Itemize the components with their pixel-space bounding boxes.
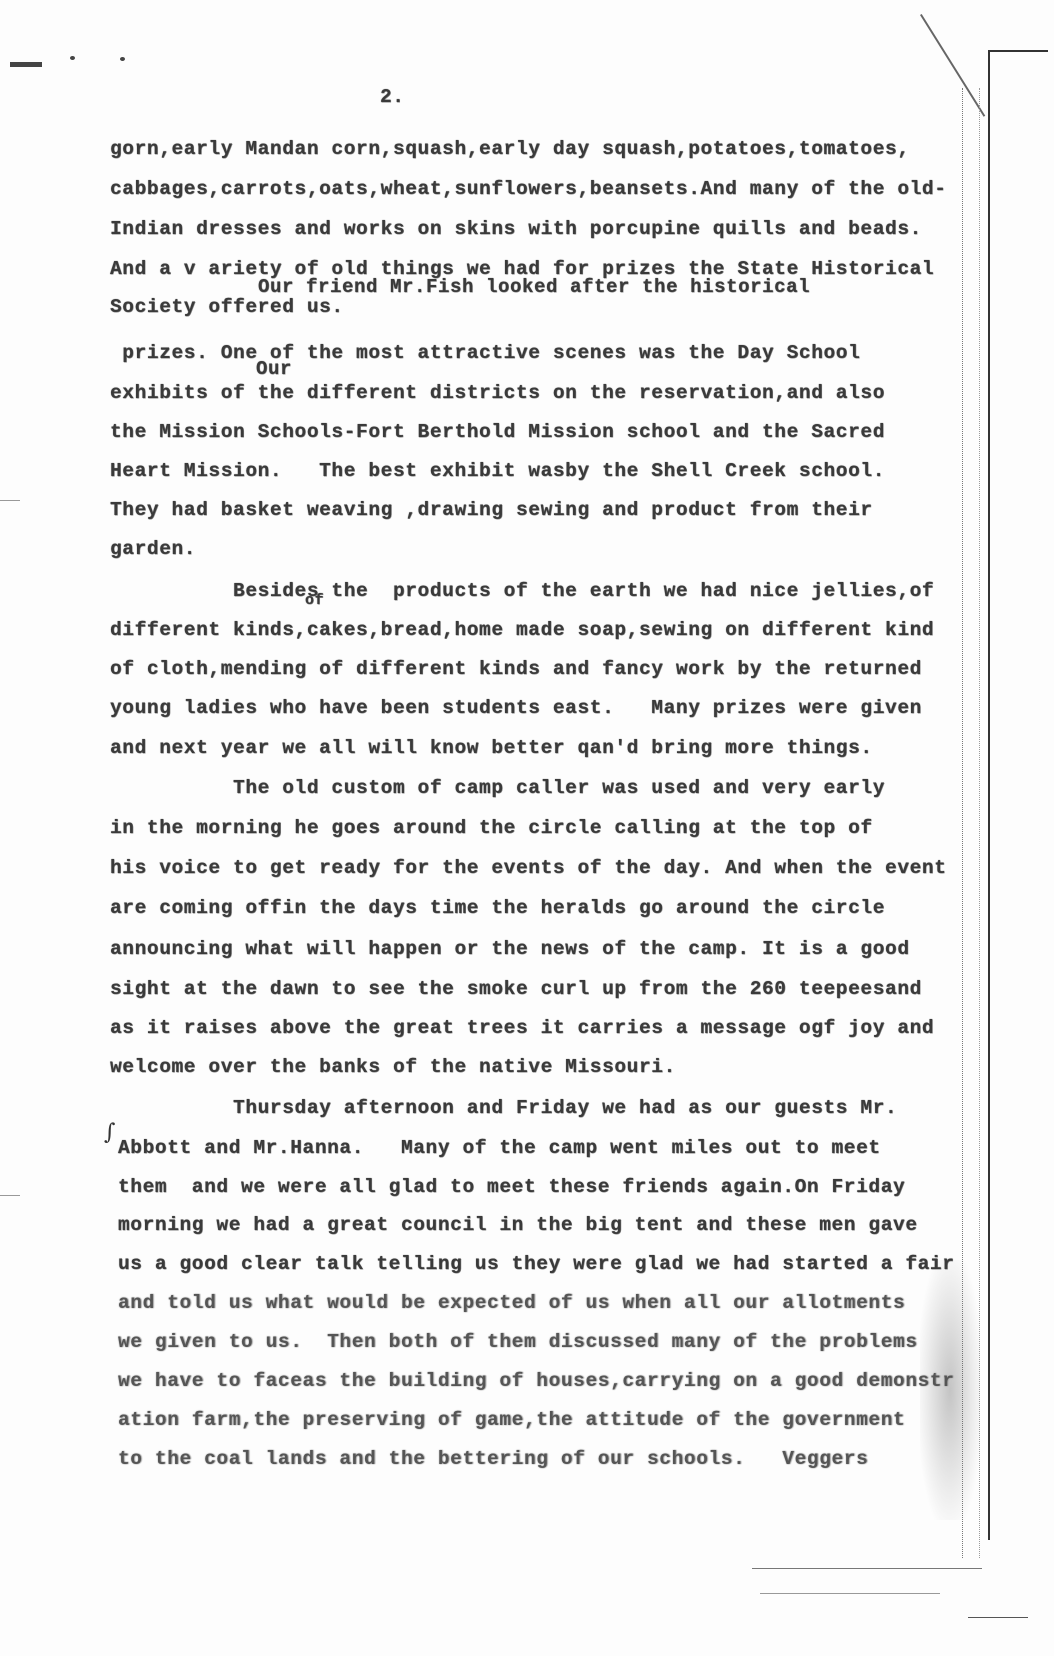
scan-artifact-rule [0, 500, 20, 501]
text-line: Heart Mission. The best exhibit wasby th… [110, 460, 885, 482]
text-line: the Mission Schools-Fort Berthold Missio… [110, 421, 885, 443]
text-line: exhibits of the different districts on t… [110, 382, 885, 404]
text-line: different kinds,cakes,bread,home made so… [110, 619, 934, 641]
text-line: Thursday afternoon and Friday we had as … [110, 1097, 897, 1119]
page-border-top [988, 50, 1048, 52]
text-line: as it raises above the great trees it ca… [110, 1017, 934, 1039]
interlinear-insert: Our [256, 358, 292, 380]
text-line: sight at the dawn to see the smoke curl … [110, 978, 922, 1000]
margin-handwritten-mark: ∫ [104, 1120, 115, 1145]
text-line: prizes. One of the most attractive scene… [110, 342, 860, 364]
text-line: his voice to get ready for the events of… [110, 857, 947, 879]
scan-artifact-dot [70, 56, 75, 60]
page-border-right [988, 50, 990, 1540]
interlinear-insert: of [305, 592, 324, 609]
text-line: Indian dresses and works on skins with p… [110, 218, 922, 240]
text-line: announcing what will happen or the news … [110, 938, 910, 960]
text-line: young ladies who have been students east… [110, 697, 922, 719]
scan-artifact-mark [10, 62, 42, 67]
text-line: The old custom of camp caller was used a… [110, 777, 885, 799]
scan-artifact-line [752, 1568, 982, 1569]
text-line: Abbott and Mr.Hanna. Many of the camp we… [118, 1137, 881, 1159]
text-line: welcome over the banks of the native Mis… [110, 1056, 676, 1078]
text-line: we have to faceas the building of houses… [118, 1370, 955, 1392]
text-line: them and we were all glad to meet these … [118, 1176, 905, 1198]
text-line: in the morning he goes around the circle… [110, 817, 873, 839]
interlinear-insert: Our friend Mr.Fish looked after the hist… [258, 276, 810, 298]
text-line: They had basket weaving ,drawing sewing … [110, 499, 873, 521]
scan-artifact-line [968, 1617, 1028, 1618]
text-line: morning we had a great council in the bi… [118, 1214, 918, 1236]
text-line: Society offered us. [110, 296, 344, 318]
scan-artifact-dot [120, 57, 125, 61]
scan-artifact-line [760, 1593, 940, 1594]
text-line: ation farm,the preserving of game,the at… [118, 1409, 905, 1431]
text-line: garden. [110, 538, 196, 560]
text-line: are coming offin the days time the heral… [110, 897, 885, 919]
text-line: of cloth,mending of different kinds and … [110, 658, 922, 680]
text-line: and told us what would be expected of us… [118, 1292, 905, 1314]
text-line: cabbages,carrots,oats,wheat,sunflowers,b… [110, 178, 947, 200]
text-line: gorn,early Mandan corn,squash,early day … [110, 138, 910, 160]
text-line: and next year we all will know better qa… [110, 737, 873, 759]
text-line: we given to us. Then both of them discus… [118, 1331, 918, 1353]
scan-artifact-rule [0, 1195, 20, 1196]
document-page: 2. gorn,early Mandan corn,squash,early d… [0, 0, 1054, 1656]
page-number: 2. [380, 86, 405, 108]
text-line: Besides the products of the earth we had… [110, 580, 934, 602]
text-line: us a good clear talk telling us they wer… [118, 1253, 955, 1275]
text-line: to the coal lands and the bettering of o… [118, 1448, 868, 1470]
